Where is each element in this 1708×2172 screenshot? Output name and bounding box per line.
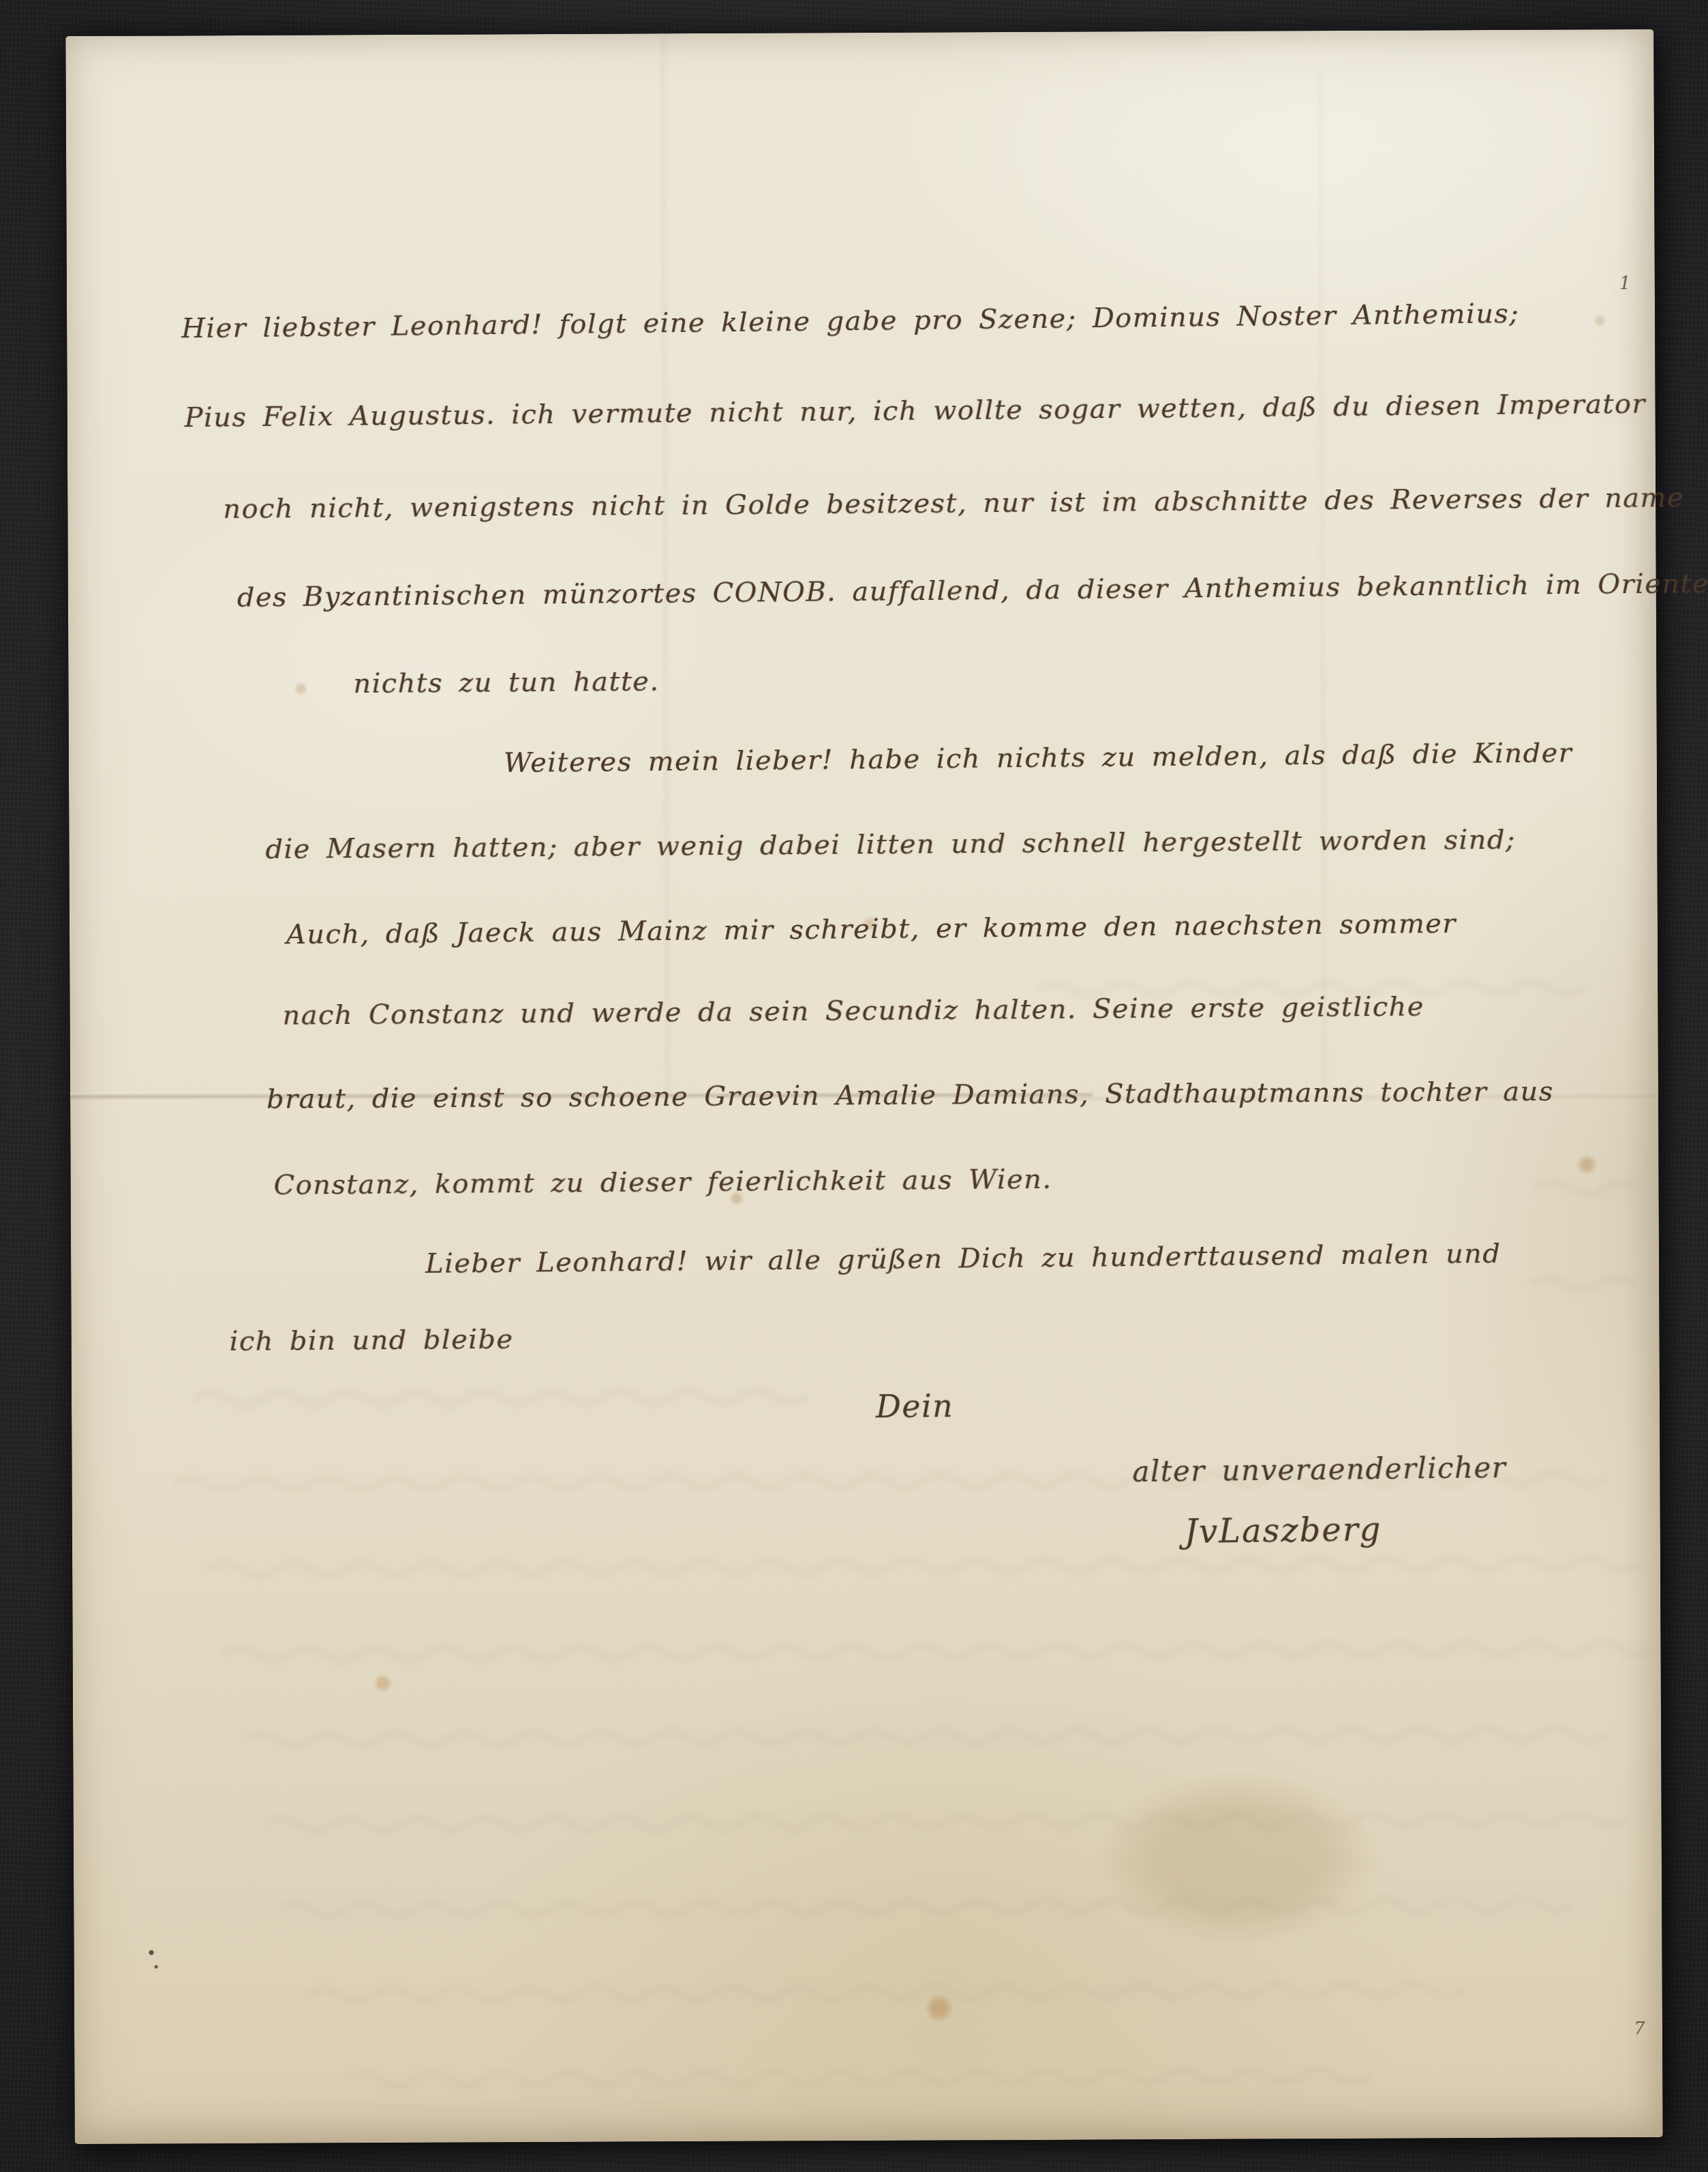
letter-line: nach Constanz und werde da sein Secundiz… bbox=[282, 991, 1424, 1031]
letter-closing-line: alter unveraenderlicher bbox=[1132, 1451, 1506, 1488]
ink-dot bbox=[149, 1950, 154, 1955]
letter-line: Auch, daß Jaeck aus Mainz mir schreibt, … bbox=[286, 908, 1457, 950]
letter-line: ich bin und bleibe bbox=[229, 1324, 513, 1357]
letter-valediction: Dein bbox=[876, 1387, 954, 1425]
letter-line: Hier liebster Leonhard! folgt eine klein… bbox=[181, 298, 1520, 344]
letter-line: noch nicht, wenigstens nicht in Golde be… bbox=[223, 482, 1684, 525]
letter-line: braut, die einst so schoene Graevin Amal… bbox=[266, 1076, 1554, 1115]
bottom-corner-mark: 7 bbox=[1634, 2019, 1645, 2039]
signature: JvLaszberg bbox=[1184, 1510, 1382, 1551]
letter-line: die Masern hatten; aber wenig dabei litt… bbox=[265, 824, 1516, 865]
ink-dot bbox=[155, 1965, 158, 1969]
page-number-mark: 1 bbox=[1619, 273, 1631, 294]
letter-line: Constanz, kommt zu dieser feierlichkeit … bbox=[273, 1164, 1052, 1201]
letter-line: Weiteres mein lieber! habe ich nichts zu… bbox=[504, 737, 1573, 779]
letter-line: Lieber Leonhard! wir alle grüßen Dich zu… bbox=[425, 1238, 1501, 1280]
letter-line: des Byzantinischen münzortes CONOB. auff… bbox=[237, 568, 1708, 614]
letter-line: nichts zu tun hatte. bbox=[353, 666, 659, 700]
letter-line: Pius Felix Augustus. ich vermute nicht n… bbox=[185, 388, 1647, 434]
letter-page: Hier liebster Leonhard! folgt eine klein… bbox=[65, 29, 1662, 2144]
